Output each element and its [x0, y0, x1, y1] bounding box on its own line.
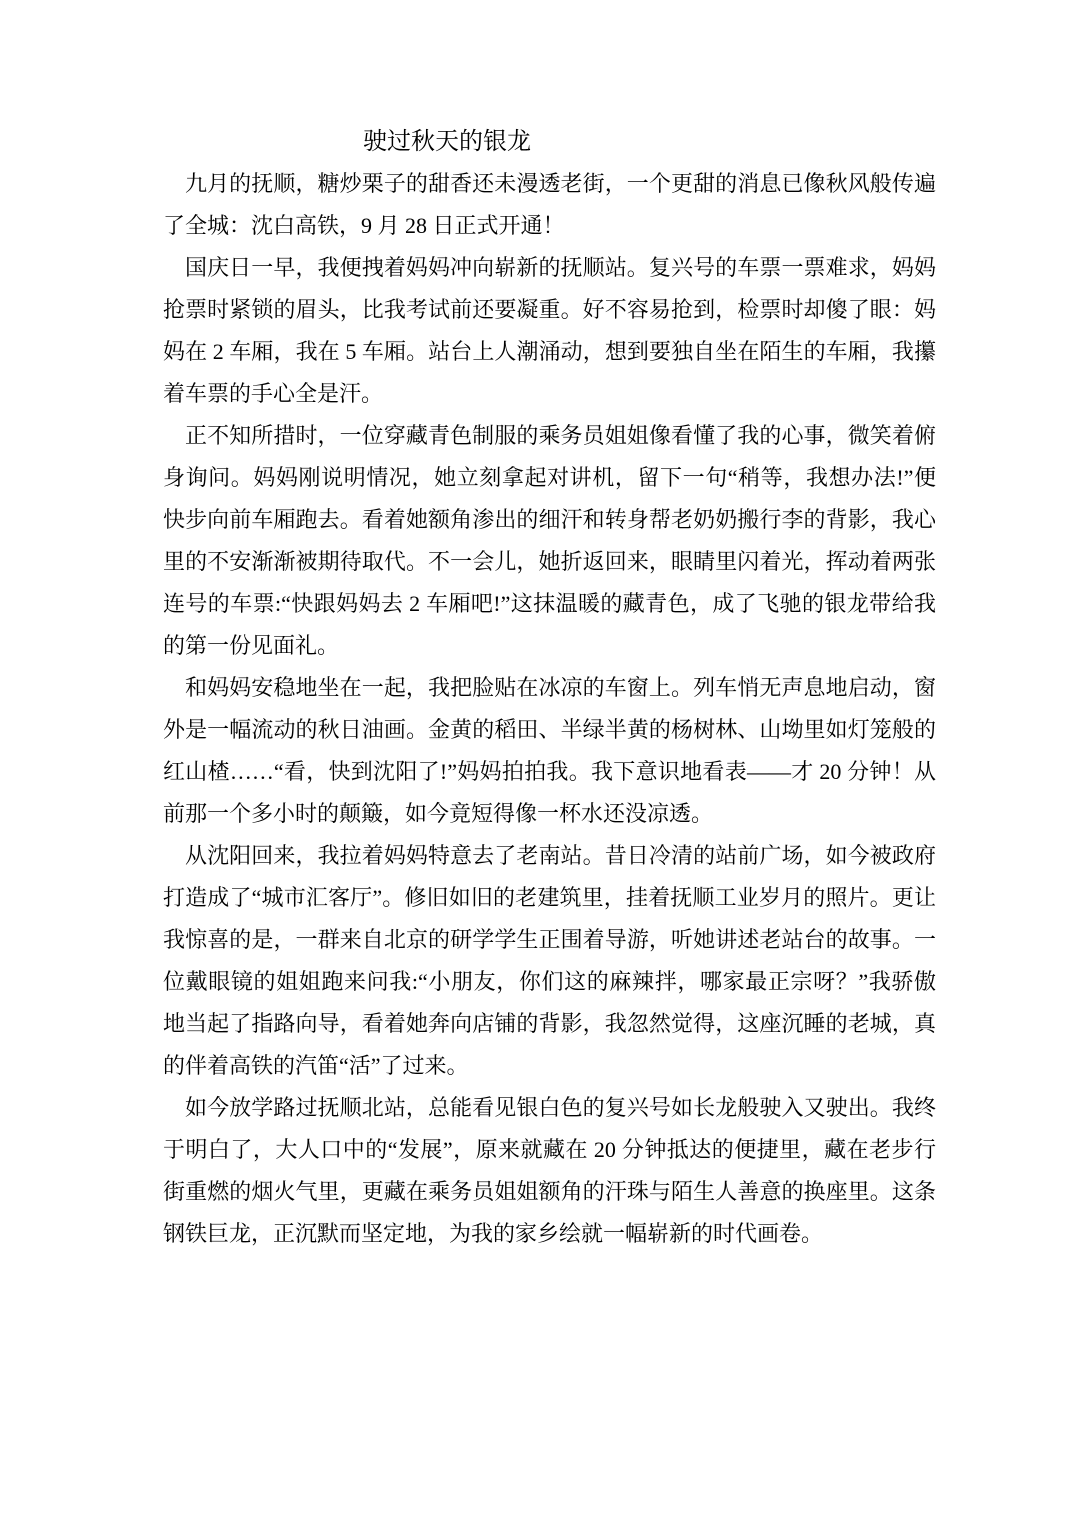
essay-paragraph-6: 如今放学路过抚顺北站，总能看见银白色的复兴号如长龙般驶入又驶出。我终于明白了，大… — [163, 1087, 936, 1255]
essay-content: 驶过秋天的银龙 九月的抚顺，糖炒栗子的甜香还未漫透老街，一个更甜的消息已像秋风般… — [163, 121, 936, 1255]
essay-paragraph-2: 国庆日一早，我便拽着妈妈冲向崭新的抚顺站。复兴号的车票一票难求，妈妈抢票时紧锁的… — [163, 247, 936, 415]
essay-paragraph-1: 九月的抚顺，糖炒栗子的甜香还未漫透老街，一个更甜的消息已像秋风般传遍了全城：沈白… — [163, 163, 936, 247]
essay-paragraph-5: 从沈阳回来，我拉着妈妈特意去了老南站。昔日冷清的站前广场，如今被政府打造成了“城… — [163, 835, 936, 1087]
essay-paragraph-4: 和妈妈安稳地坐在一起，我把脸贴在冰凉的车窗上。列车悄无声息地启动，窗外是一幅流动… — [163, 667, 936, 835]
document-page: 驶过秋天的银龙 九月的抚顺，糖炒栗子的甜香还未漫透老街，一个更甜的消息已像秋风般… — [0, 0, 1074, 1518]
essay-title: 驶过秋天的银龙 — [163, 121, 936, 163]
essay-paragraph-3: 正不知所措时，一位穿藏青色制服的乘务员姐姐像看懂了我的心事，微笑着俯身询问。妈妈… — [163, 415, 936, 667]
